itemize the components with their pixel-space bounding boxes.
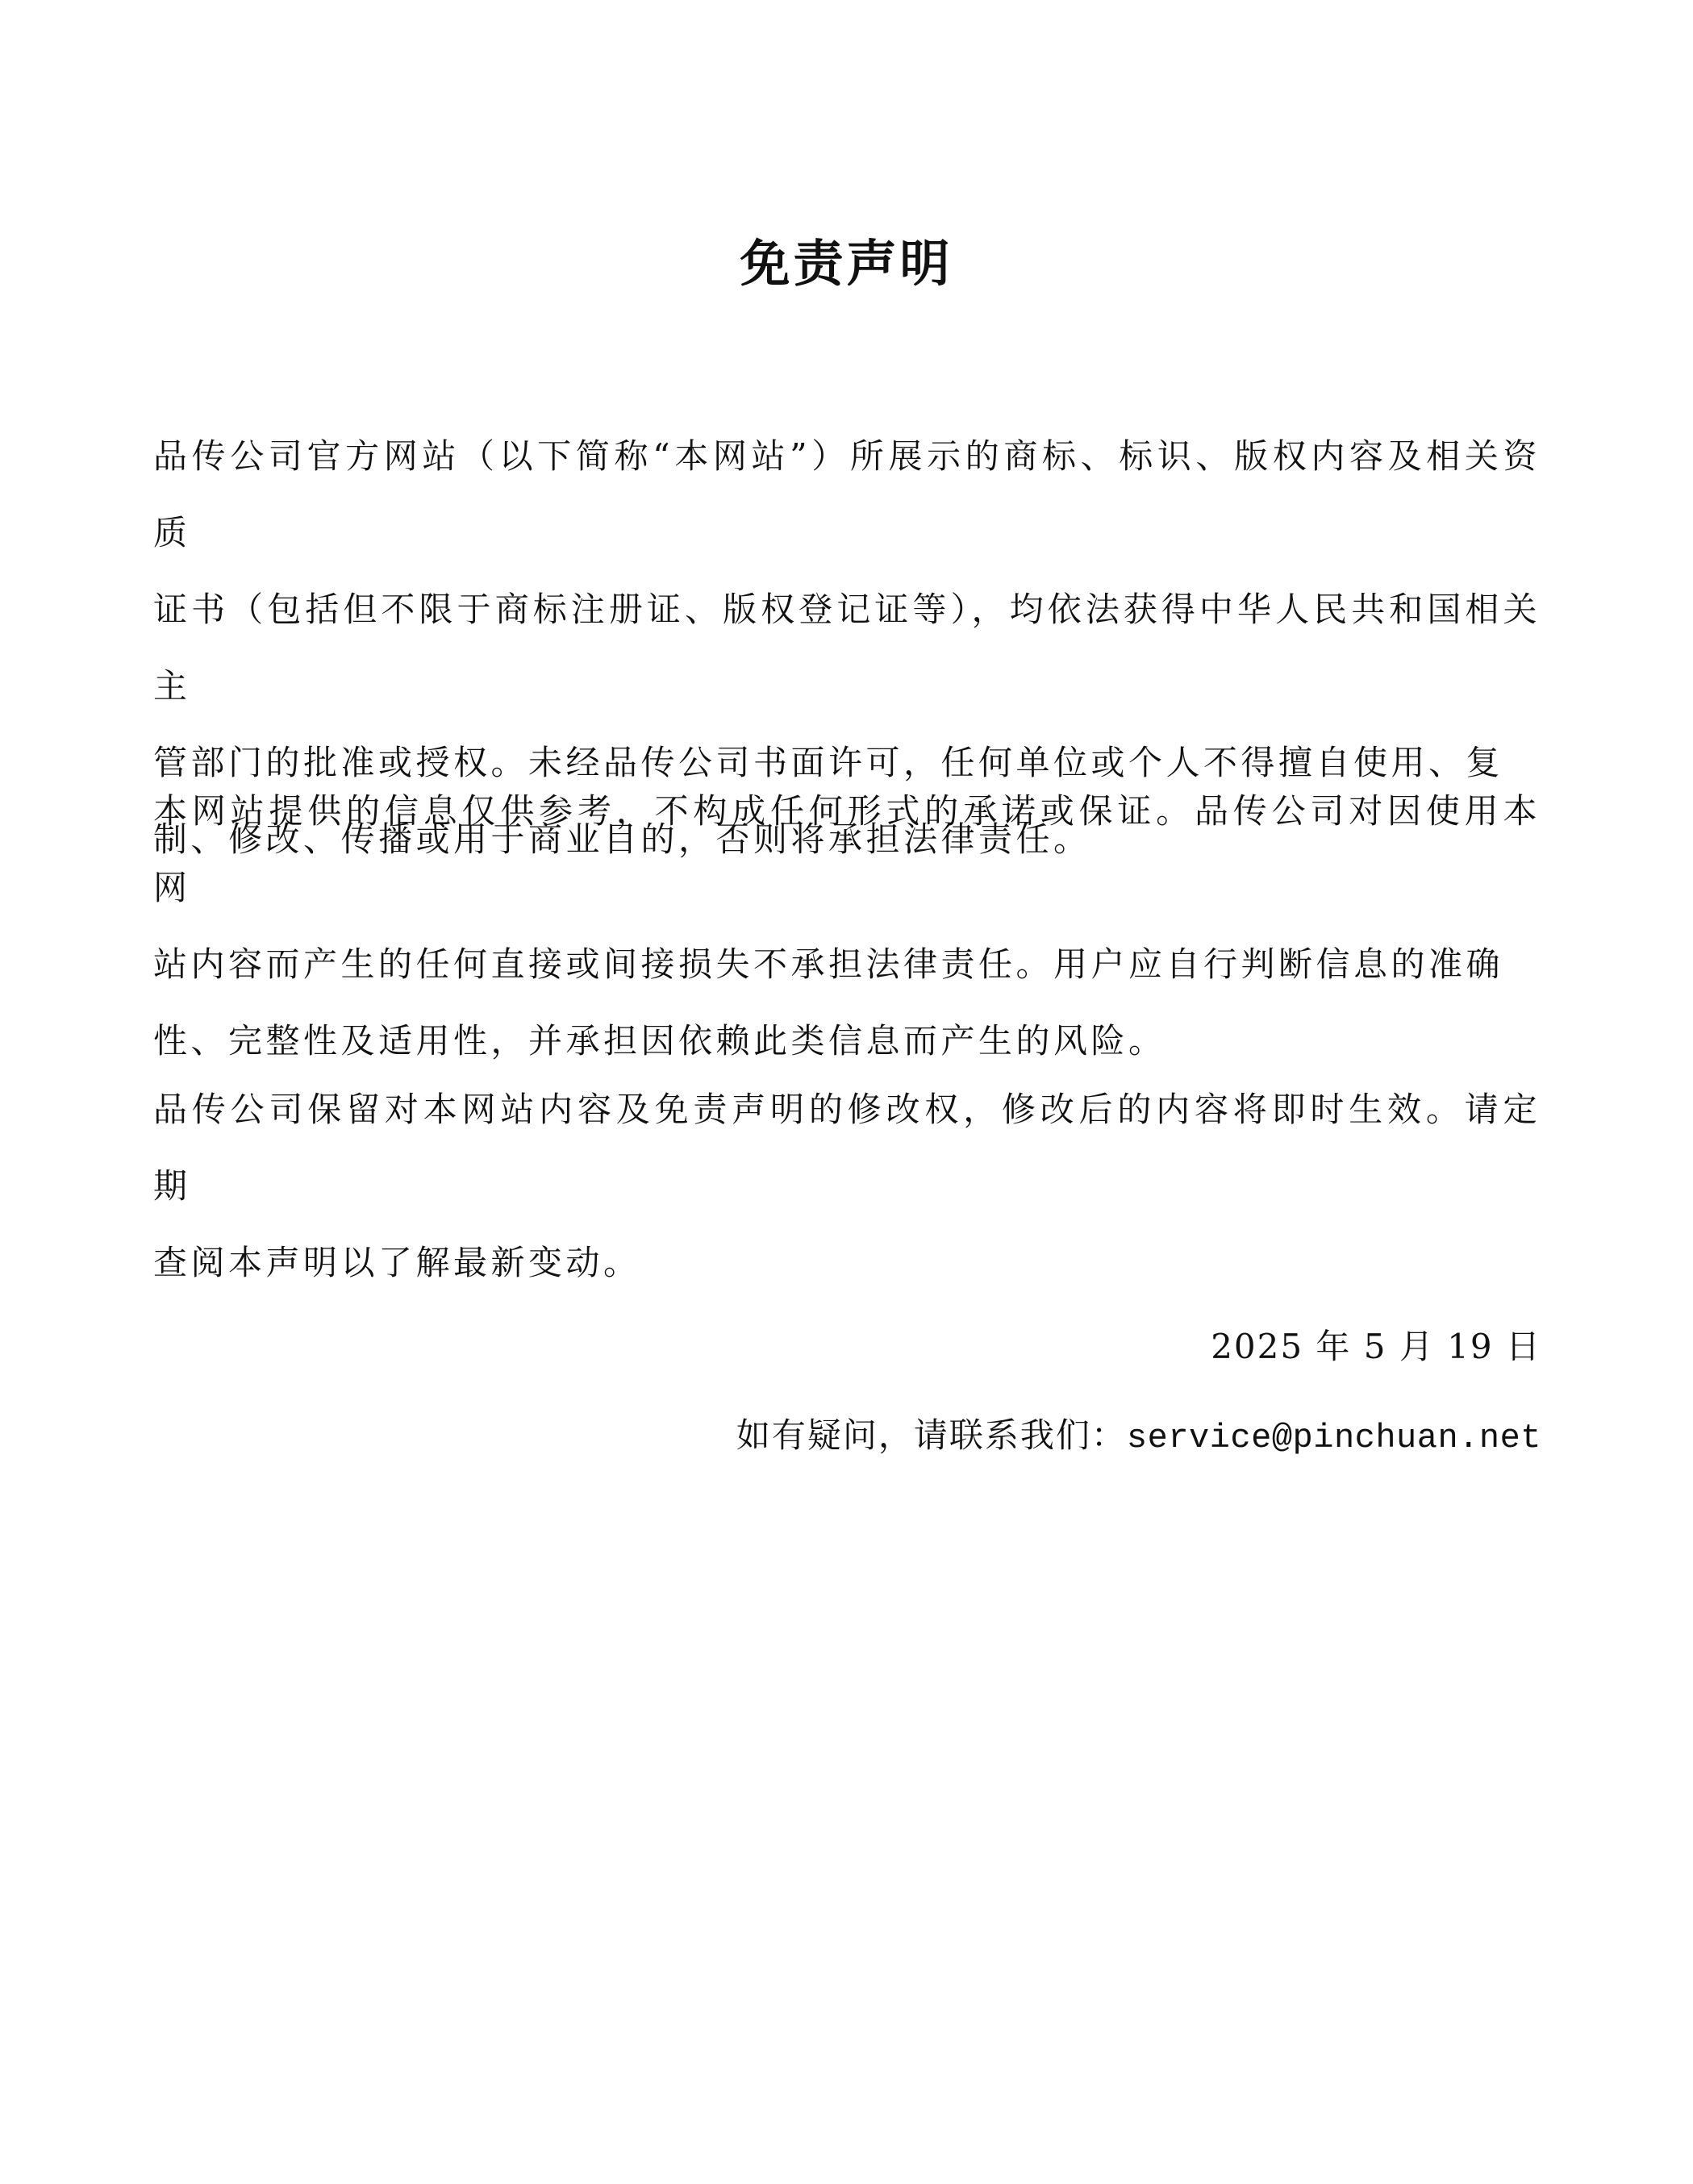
paragraph-information-liability: 本网站提供的信息仅供参考，不构成任何形式的承诺或保证。品传公司对因使用本网 站内…: [153, 773, 1541, 1079]
document-page: 免责声明 品传公司官方网站（以下简称“本网站”）所展示的商标、标识、版权内容及相…: [0, 0, 1693, 2184]
paragraph-line: 站内容而产生的任何直接或间接损失不承担法律责任。用户应自行判断信息的准确: [153, 944, 1503, 984]
contact-label: 如有疑问，请联系我们：: [736, 1415, 1127, 1455]
paragraph-line: 品传公司保留对本网站内容及免责声明的修改权，修改后的内容将即时生效。请定期: [153, 1090, 1541, 1206]
paragraph-line: 本网站提供的信息仅供参考，不构成任何形式的承诺或保证。品传公司对因使用本网: [153, 791, 1541, 907]
paragraph-modification-rights: 品传公司保留对本网站内容及免责声明的修改权，修改后的内容将即时生效。请定期 查阅…: [153, 1071, 1541, 1301]
paragraph-line: 品传公司官方网站（以下简称“本网站”）所展示的商标、标识、版权内容及相关资质: [153, 436, 1541, 552]
paragraph-line: 性、完整性及适用性，并承担因依赖此类信息而产生的风险。: [153, 1021, 1166, 1061]
document-date: 2025 年 5 月 19 日: [1211, 1323, 1541, 1371]
paragraph-line: 查阅本声明以了解最新变动。: [153, 1243, 641, 1282]
paragraph-line: 证书（包括但不限于商标注册证、版权登记证等），均依法获得中华人民共和国相关主: [153, 590, 1541, 706]
contact-email-link[interactable]: service@pinchuan.net: [1127, 1419, 1541, 1457]
contact-line: 如有疑问，请联系我们：service@pinchuan.net: [736, 1411, 1541, 1462]
document-title: 免责声明: [0, 227, 1693, 300]
